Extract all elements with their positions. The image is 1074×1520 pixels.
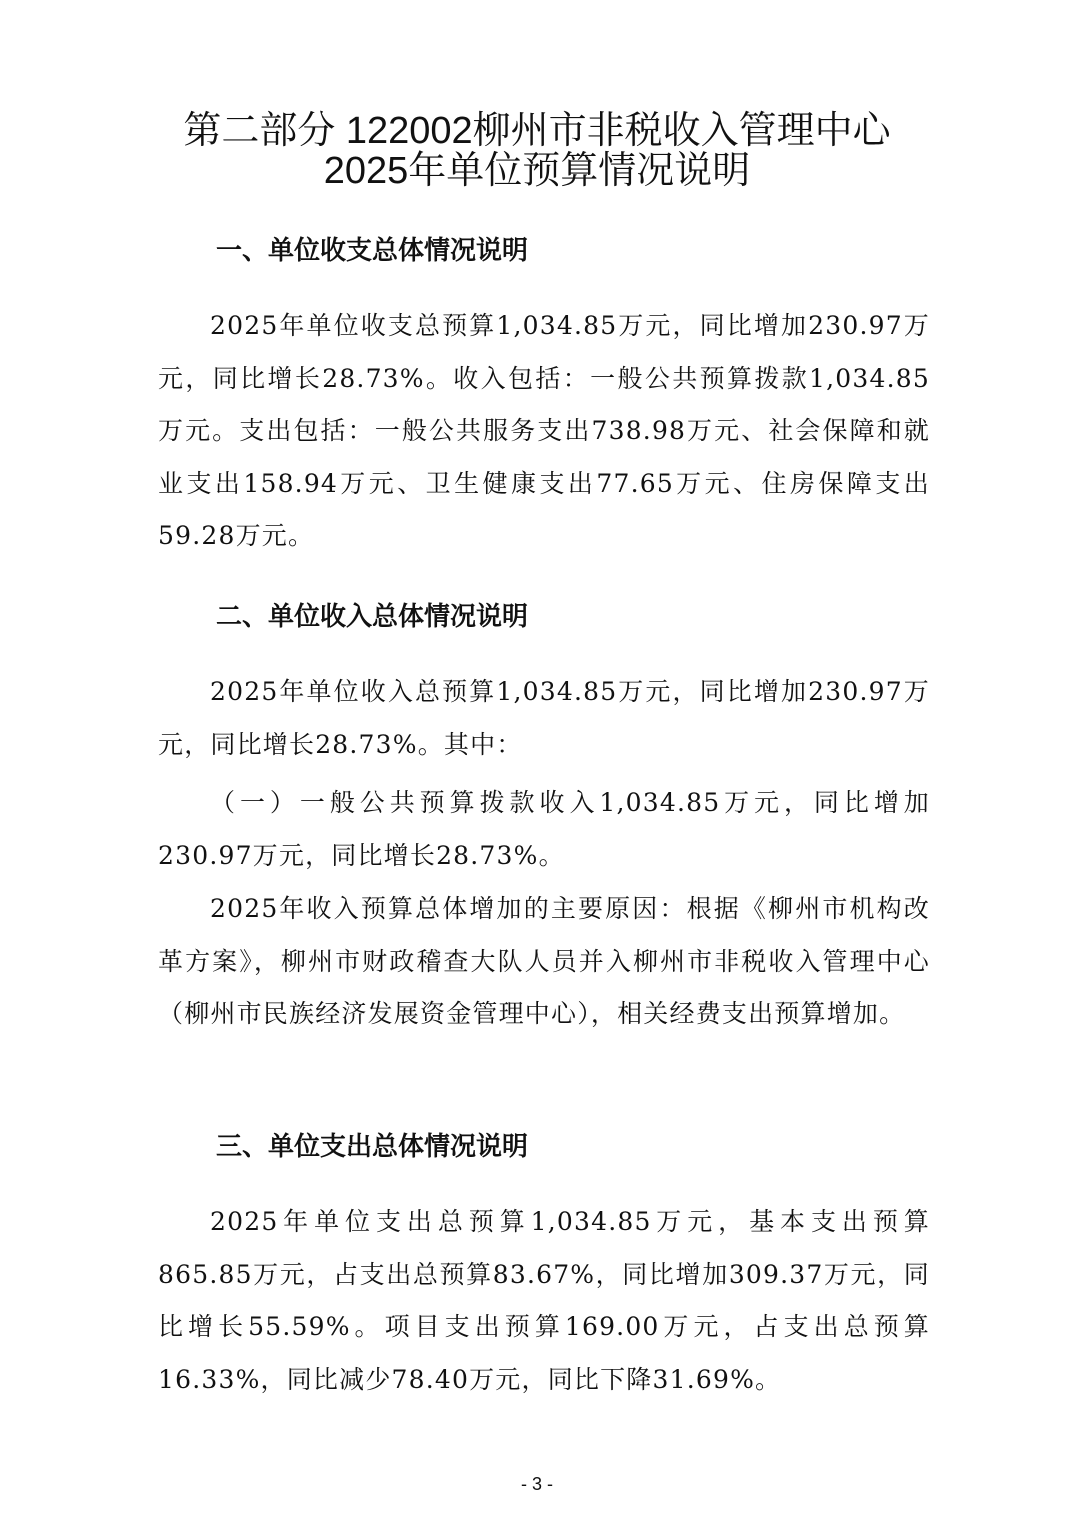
section-heading-2: 二、单位收入总体情况说明	[216, 596, 528, 636]
section-heading-1: 一、单位收支总体情况说明	[216, 230, 528, 270]
document-title-line2: 2025年单位预算情况说明	[0, 146, 1074, 196]
document-page: 第二部分 122002柳州市非税收入管理中心 2025年单位预算情况说明 一、单…	[0, 0, 1074, 1520]
section-2-paragraph-2: （一）一般公共预算拨款收入1,034.85万元，同比增加230.97万元，同比增…	[158, 777, 930, 882]
section-heading-3: 三、单位支出总体情况说明	[216, 1126, 528, 1166]
page-number: - 3 -	[0, 1474, 1074, 1495]
section-2-paragraph-1: 2025年单位收入总预算1,034.85万元，同比增加230.97万元，同比增长…	[158, 666, 930, 771]
section-1-paragraph-1: 2025年单位收支总预算1,034.85万元，同比增加230.97万元，同比增长…	[158, 300, 930, 563]
section-3-paragraph-1: 2025年单位支出总预算1,034.85万元，基本支出预算865.85万元，占支…	[158, 1196, 930, 1406]
section-2-paragraph-3: 2025年收入预算总体增加的主要原因：根据《柳州市机构改革方案》，柳州市财政稽查…	[158, 883, 930, 1041]
